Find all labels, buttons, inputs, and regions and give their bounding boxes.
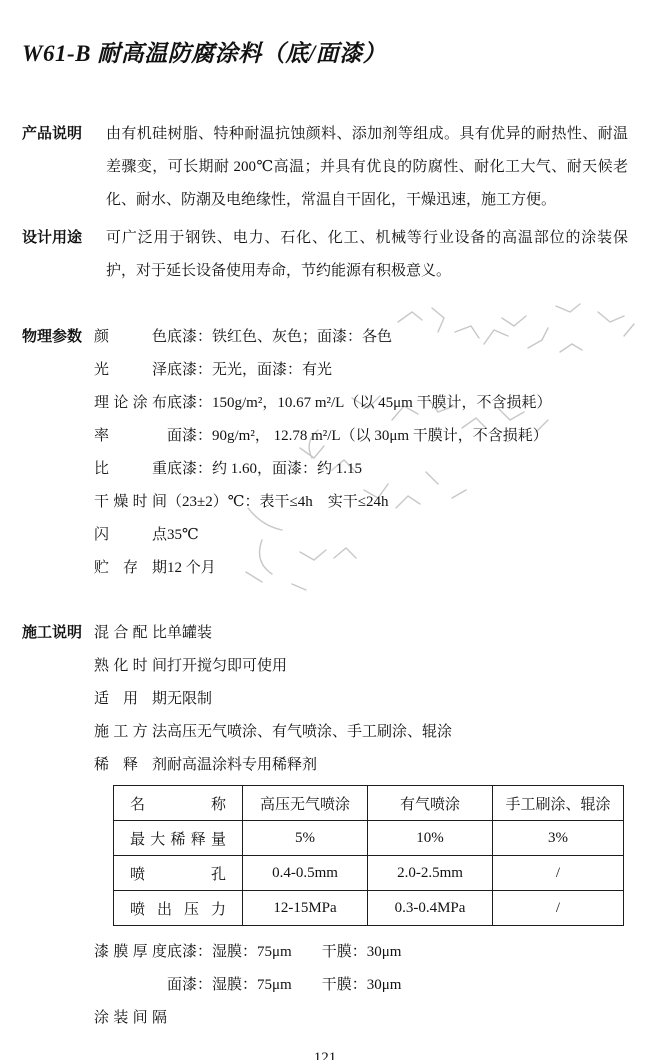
param-value: 单罐装 (167, 617, 628, 650)
page-title: W61-B 耐高温防腐涂料（底/面漆） (22, 0, 628, 70)
table-header-cell: 有气喷涂 (368, 786, 493, 821)
table-cell: 喷出压力 (114, 891, 243, 926)
param-value: 底漆：约 1.60，面漆：约 1.15 (167, 453, 628, 486)
table-header-cell: 手工刷涂、辊涂 (493, 786, 624, 821)
param-row-film-thickness: 漆膜厚度 底漆：湿膜：75μm 干膜：30μm 面漆：湿膜：75μm 干膜：30… (94, 936, 628, 1002)
param-name: 混合配比 (94, 617, 167, 650)
param-row-specific-gravity: 比重 底漆：约 1.60，面漆：约 1.15 (94, 453, 628, 486)
param-value: 底漆：铁红色、灰色；面漆：各色 (167, 321, 628, 354)
table-header-cell: 名称 (114, 786, 243, 821)
param-row-gloss: 光泽 底漆：无光，面漆：有光 (94, 354, 628, 387)
table-cell: 3% (493, 821, 624, 856)
table-cell: 0.3-0.4MPa (368, 891, 493, 926)
param-name: 理论涂布率 (94, 387, 167, 453)
section-product-description: 产品说明 由有机硅树脂、特种耐温抗蚀颜料、添加剂等组成。具有优异的耐热性、耐温差… (22, 118, 628, 217)
param-row-shelf-life: 贮存期 12 个月 (94, 552, 628, 585)
param-row-recoat-interval: 涂装间隔 (94, 1002, 628, 1035)
param-row-pot-life: 适用期 无限制 (94, 683, 628, 716)
param-name: 贮存期 (94, 552, 167, 585)
param-name: 熟化时间 (94, 650, 167, 683)
param-name: 光泽 (94, 354, 167, 387)
param-row-thinner: 稀释剂 耐高温涂料专用稀释剂 (94, 749, 628, 782)
param-value (167, 1002, 628, 1035)
param-value: 耐高温涂料专用稀释剂 (167, 749, 628, 782)
design-purpose-text: 可广泛用于钢铁、电力、石化、化工、机械等行业设备的高温部位的涂装保护，对于延长设… (94, 222, 628, 288)
param-name: 适用期 (94, 683, 167, 716)
param-row-application-method: 施工方法 高压无气喷涂、有气喷涂、手工刷涂、辊涂 (94, 716, 628, 749)
param-row-drying-time: 干燥时间 （23±2）℃：表干≤4h 实干≤24h (94, 486, 628, 519)
param-name: 颜色 (94, 321, 167, 354)
param-name: 稀释剂 (94, 749, 167, 782)
section-label: 产品说明 (22, 118, 94, 151)
param-name: 施工方法 (94, 716, 167, 749)
section-design-purpose: 设计用途 可广泛用于钢铁、电力、石化、化工、机械等行业设备的高温部位的涂装保护，… (22, 222, 628, 288)
param-name: 漆膜厚度 (94, 936, 167, 1002)
param-name: 涂装间隔 (94, 1002, 167, 1035)
table-cell: 2.0-2.5mm (368, 856, 493, 891)
param-value: 面漆：湿膜：75μm 干膜：30μm (167, 969, 628, 1002)
table-row-spray-pressure: 喷出压力 12-15MPa 0.3-0.4MPa / (114, 891, 624, 926)
param-row-coverage: 理论涂布率 底漆：150g/m²，10.67 m²/L（以 45μm 干膜计，不… (94, 387, 628, 453)
table-cell: 喷孔 (114, 856, 243, 891)
table-header-row: 名称 高压无气喷涂 有气喷涂 手工刷涂、辊涂 (114, 786, 624, 821)
param-value: 无限制 (167, 683, 628, 716)
table-cell: 5% (243, 821, 368, 856)
dilution-spec-table: 名称 高压无气喷涂 有气喷涂 手工刷涂、辊涂 最大稀释量 5% 10% 3% (113, 785, 624, 926)
param-row-flash-point: 闪点 35℃ (94, 519, 628, 552)
section-label: 物理参数 (22, 321, 94, 354)
param-value: （23±2）℃：表干≤4h 实干≤24h (167, 486, 628, 519)
section-label: 设计用途 (22, 222, 94, 255)
table-row-max-dilution: 最大稀释量 5% 10% 3% (114, 821, 624, 856)
section-physical-parameters: 物理参数 颜色 底漆：铁红色、灰色；面漆：各色 光泽 底漆：无光，面漆：有光 理… (22, 321, 628, 585)
document-page: W61-B 耐高温防腐涂料（底/面漆） 产品说明 由有机硅树脂、特种耐温抗蚀颜料… (0, 0, 650, 1060)
table-cell: 10% (368, 821, 493, 856)
page-number: 121 (0, 1050, 650, 1060)
product-description-text: 由有机硅树脂、特种耐温抗蚀颜料、添加剂等组成。具有优异的耐热性、耐温差骤变，可长… (94, 118, 628, 217)
param-value: 高压无气喷涂、有气喷涂、手工刷涂、辊涂 (167, 716, 628, 749)
table-cell: 0.4-0.5mm (243, 856, 368, 891)
param-value: 打开搅匀即可使用 (167, 650, 628, 683)
param-value: 35℃ (167, 519, 628, 552)
table-row-nozzle: 喷孔 0.4-0.5mm 2.0-2.5mm / (114, 856, 624, 891)
table-cell: / (493, 856, 624, 891)
table-cell: 12-15MPa (243, 891, 368, 926)
table-cell: 最大稀释量 (114, 821, 243, 856)
param-value: 底漆：150g/m²，10.67 m²/L（以 45μm 干膜计，不含损耗） (167, 387, 628, 420)
table-header-cell: 高压无气喷涂 (243, 786, 368, 821)
param-row-induction-time: 熟化时间 打开搅匀即可使用 (94, 650, 628, 683)
param-row-color: 颜色 底漆：铁红色、灰色；面漆：各色 (94, 321, 628, 354)
param-name: 比重 (94, 453, 167, 486)
section-construction-instructions: 施工说明 混合配比 单罐装 熟化时间 打开搅匀即可使用 适用期 无限制 施工方法… (22, 617, 628, 1035)
param-value: 面漆：90g/m²， 12.78 m²/L（以 30μm 干膜计，不含损耗） (167, 420, 628, 453)
table-cell: / (493, 891, 624, 926)
param-row-mix-ratio: 混合配比 单罐装 (94, 617, 628, 650)
param-value: 12 个月 (167, 552, 628, 585)
param-name: 干燥时间 (94, 486, 167, 519)
param-value: 底漆：无光，面漆：有光 (167, 354, 628, 387)
param-value: 底漆：湿膜：75μm 干膜：30μm (167, 936, 628, 969)
section-label: 施工说明 (22, 617, 94, 650)
param-name: 闪点 (94, 519, 167, 552)
